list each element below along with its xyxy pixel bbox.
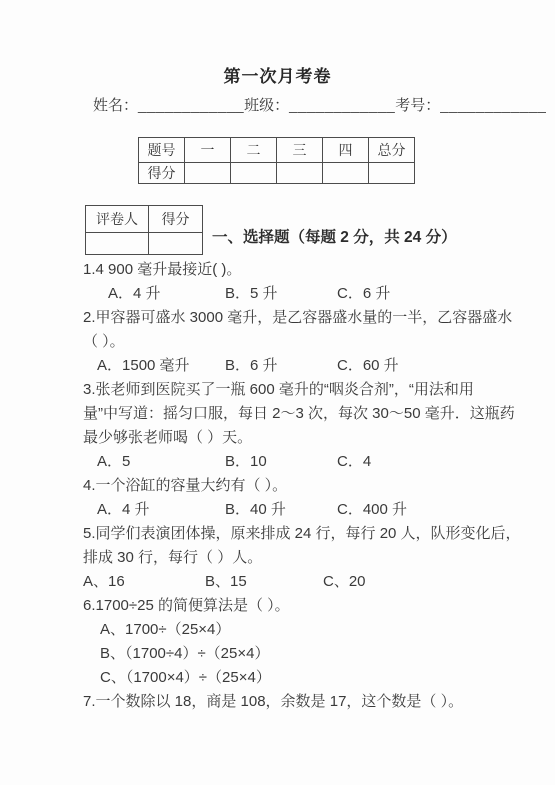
question-stem: 4.一个浴缸的容量大约有（ ）。 xyxy=(83,474,515,498)
option-b: B．40 升 xyxy=(225,498,337,522)
option-b: B、15 xyxy=(205,570,323,594)
score-table-value-row: 得分 xyxy=(139,163,415,184)
score-cell-empty xyxy=(277,163,323,184)
name-blank: ____________ xyxy=(138,97,244,114)
question-2: 2.甲容器可盛水 3000 毫升，是乙容器盛水量的一半，乙容器盛水 （ ）。 A… xyxy=(83,306,515,378)
grader-score-cell-empty xyxy=(149,233,203,255)
option-a: A、16 xyxy=(83,570,205,594)
question-3: 3.张老师到医院买了一瓶 600 毫升的“咽炎合剂”，“用法和用 量”中写道：摇… xyxy=(83,378,515,474)
question-stem: 量”中写道：摇匀口服，每日 2～3 次，每次 30～50 毫升．这瓶药 xyxy=(83,402,515,426)
options-row: A．4 升 B．40 升 C．400 升 xyxy=(83,498,515,522)
exam-id-label: 考号： xyxy=(395,97,440,114)
questions-list: 1.4 900 毫升最接近( )。 A．4 升 B．5 升 C．6 升 2.甲容… xyxy=(83,258,515,714)
score-row-label: 得分 xyxy=(139,163,185,184)
score-header-section-4: 四 xyxy=(323,138,369,163)
option-a: A．5 xyxy=(97,450,225,474)
score-table-header-row: 题号 一 二 三 四 总分 xyxy=(139,138,415,163)
question-7: 7.一个数除以 18，商是 108，余数是 17，这个数是（ ）。 xyxy=(83,690,515,714)
option-a: A．4 升 xyxy=(108,282,225,306)
option-c: C．60 升 xyxy=(337,354,399,378)
score-header-total: 总分 xyxy=(369,138,415,163)
name-label: 姓名： xyxy=(93,97,138,114)
score-cell-empty xyxy=(185,163,231,184)
option-c: C、（1700×4）÷（25×4） xyxy=(83,666,515,690)
grader-cell-empty xyxy=(86,233,149,255)
student-info-line: 姓名：____________班级：____________考号：_______… xyxy=(93,94,546,115)
exam-id-blank: ____________ xyxy=(440,97,546,114)
question-stem: 1.4 900 毫升最接近( )。 xyxy=(83,258,515,282)
grader-score-label: 得分 xyxy=(149,206,203,233)
score-cell-empty xyxy=(369,163,415,184)
option-c: C．4 xyxy=(337,450,371,474)
grader-label: 评卷人 xyxy=(86,206,149,233)
score-summary-table: 题号 一 二 三 四 总分 得分 xyxy=(138,137,415,184)
option-b: B．5 升 xyxy=(225,282,337,306)
class-label: 班级： xyxy=(244,97,289,114)
question-1: 1.4 900 毫升最接近( )。 A．4 升 B．5 升 C．6 升 xyxy=(83,258,515,306)
grader-table-value-row xyxy=(86,233,203,255)
class-blank: ____________ xyxy=(289,97,395,114)
page-title: 第一次月考卷 xyxy=(0,62,555,87)
question-5: 5.同学们表演团体操，原来排成 24 行，每行 20 人，队形变化后， 排成 3… xyxy=(83,522,515,594)
grader-table-header-row: 评卷人 得分 xyxy=(86,206,203,233)
score-header-section-3: 三 xyxy=(277,138,323,163)
option-b: B、（1700÷4）÷（25×4） xyxy=(83,642,515,666)
question-6: 6.1700÷25 的简便算法是（ ）。 A、1700÷（25×4） B、（17… xyxy=(83,594,515,690)
score-header-section-1: 一 xyxy=(185,138,231,163)
question-stem: 5.同学们表演团体操，原来排成 24 行，每行 20 人，队形变化后， xyxy=(83,522,515,546)
question-stem: 6.1700÷25 的简便算法是（ ）。 xyxy=(83,594,515,618)
options-row: A．1500 毫升 B．6 升 C．60 升 xyxy=(83,354,515,378)
score-cell-empty xyxy=(231,163,277,184)
question-4: 4.一个浴缸的容量大约有（ ）。 A．4 升 B．40 升 C．400 升 xyxy=(83,474,515,522)
option-a: A．1500 毫升 xyxy=(97,354,225,378)
question-stem: 7.一个数除以 18，商是 108，余数是 17，这个数是（ ）。 xyxy=(83,690,515,714)
question-stem: 3.张老师到医院买了一瓶 600 毫升的“咽炎合剂”，“用法和用 xyxy=(83,378,515,402)
question-stem: （ ）。 xyxy=(83,330,515,354)
question-stem: 最少够张老师喝（ ）天。 xyxy=(83,426,515,450)
option-c: C．400 升 xyxy=(337,498,407,522)
option-b: B．10 xyxy=(225,450,337,474)
grader-table: 评卷人 得分 xyxy=(85,205,203,255)
score-cell-empty xyxy=(323,163,369,184)
option-a: A、1700÷（25×4） xyxy=(83,618,515,642)
options-row: A．5 B．10 C．4 xyxy=(83,450,515,474)
section-heading-choice: 一、选择题（每题 2 分，共 24 分） xyxy=(212,225,457,247)
score-header-question-no: 题号 xyxy=(139,138,185,163)
option-a: A．4 升 xyxy=(97,498,225,522)
exam-paper-page: 第一次月考卷 姓名：____________班级：____________考号：… xyxy=(0,0,555,785)
question-stem: 排成 30 行，每行（ ）人。 xyxy=(83,546,515,570)
option-c: C．6 升 xyxy=(337,282,390,306)
question-stem: 2.甲容器可盛水 3000 毫升，是乙容器盛水量的一半，乙容器盛水 xyxy=(83,306,515,330)
score-header-section-2: 二 xyxy=(231,138,277,163)
options-row: A．4 升 B．5 升 C．6 升 xyxy=(83,282,515,306)
options-row: A、16 B、15 C、20 xyxy=(83,570,515,594)
option-b: B．6 升 xyxy=(225,354,337,378)
option-c: C、20 xyxy=(323,570,366,594)
